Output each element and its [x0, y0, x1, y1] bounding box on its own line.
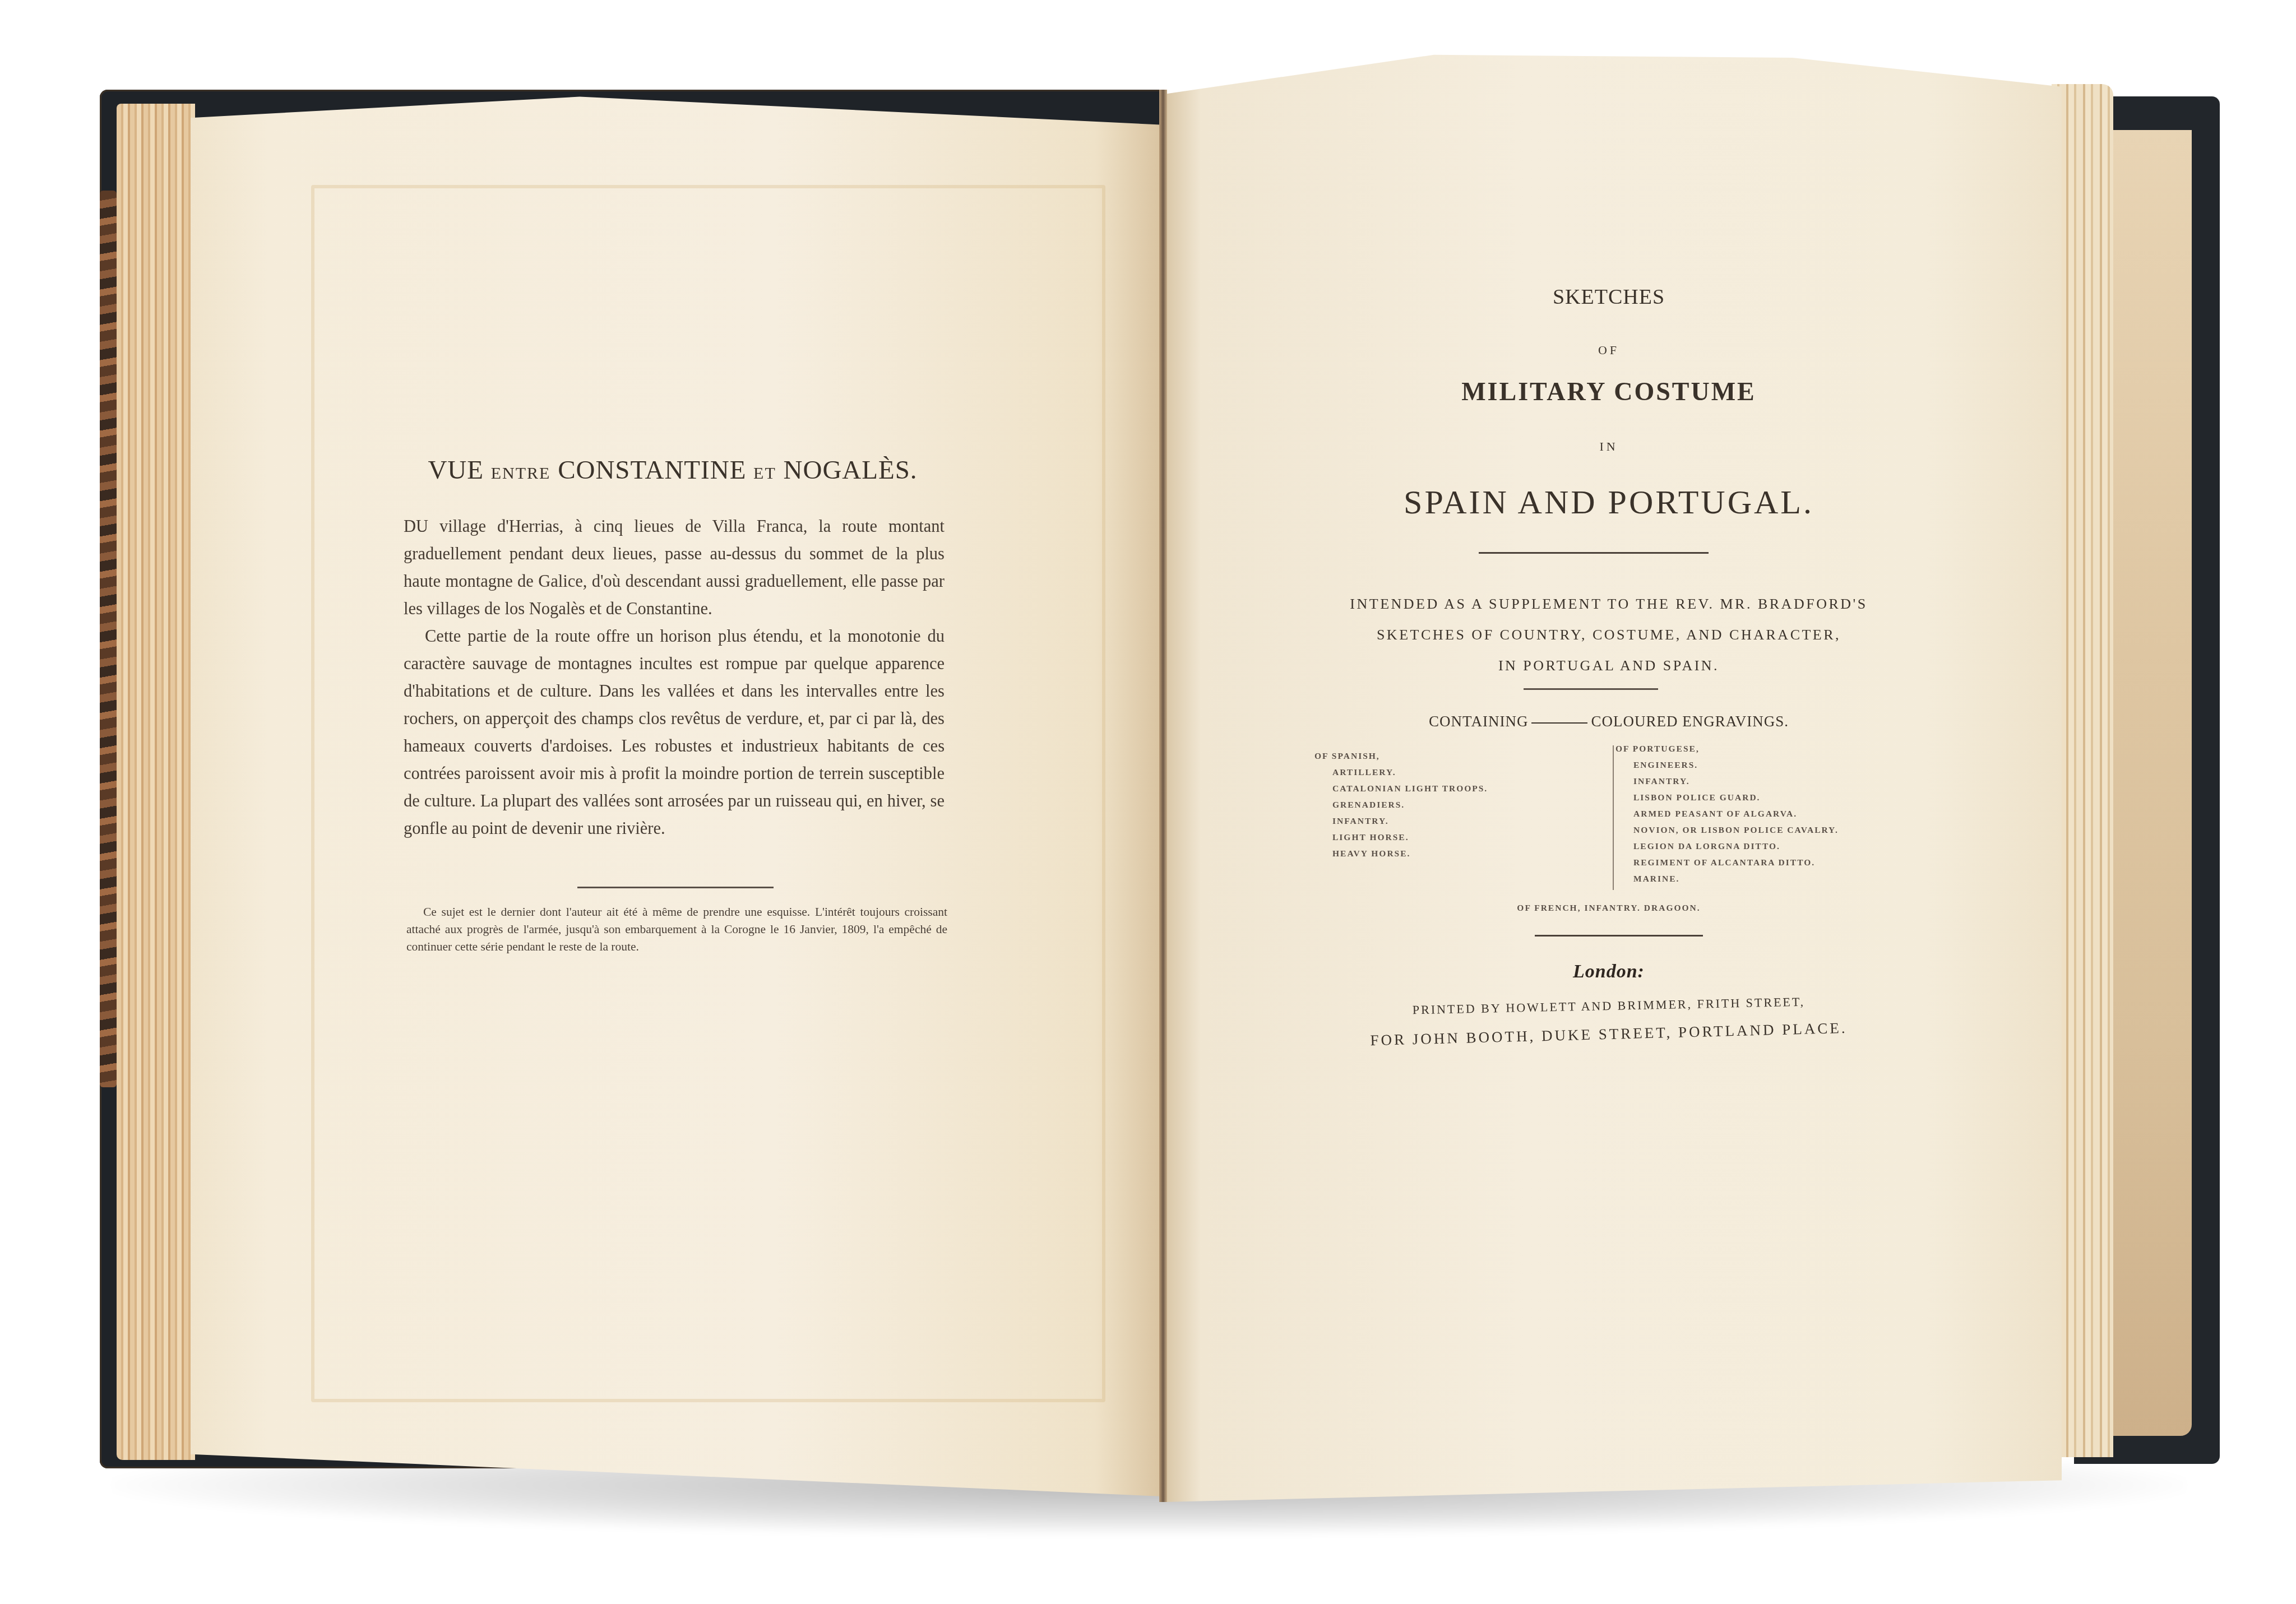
title-smallcaps: ET [753, 464, 776, 483]
list-item: REGIMENT OF ALCANTARA DITTO. [1633, 855, 1839, 871]
list-heading: OF PORTUGESE, [1615, 741, 1839, 757]
subtitle-rule [1524, 688, 1658, 690]
list-divider [1613, 745, 1614, 890]
title-sketches: SKETCHES [1188, 285, 2029, 309]
em-dash [1531, 722, 1587, 724]
list-heading: OF SPANISH, [1314, 748, 1488, 764]
list-item: HEAVY HORSE. [1332, 846, 1488, 862]
imprint-city: London: [1188, 961, 2029, 982]
endpaper-right [2108, 130, 2192, 1436]
list-item: MARINE. [1633, 871, 1839, 887]
imprint-rule [1535, 935, 1703, 937]
left-page-title: VUE ENTRE CONSTANTINE ET NOGALÈS. [392, 455, 953, 485]
title-word: CONSTANTINE [558, 456, 746, 485]
list-item: INFANTRY. [1332, 813, 1488, 829]
list-item: ARMED PEASANT OF ALGARVA. [1633, 806, 1839, 822]
book-gutter [1159, 90, 1167, 1502]
subtitle-line: IN PORTUGAL AND SPAIN. [1188, 650, 2029, 681]
list-item: GRENADIERS. [1332, 797, 1488, 813]
containing-line: CONTAININGCOLOURED ENGRAVINGS. [1188, 713, 2029, 730]
title-rule [1479, 552, 1709, 554]
french-line: OF FRENCH, INFANTRY. DRAGOON. [1188, 903, 2029, 914]
marbled-board-left [100, 191, 117, 1087]
title-word: NOGALÈS. [784, 456, 918, 485]
list-item: ARTILLERY. [1332, 764, 1488, 781]
portuguese-list: OF PORTUGESE, ENGINEERS. INFANTRY. LISBO… [1615, 741, 1839, 887]
list-item: ENGINEERS. [1633, 757, 1839, 773]
left-page-body: DU village d'Herrias, à cinq lieues de V… [404, 513, 945, 842]
list-item: LIGHT HORSE. [1332, 829, 1488, 846]
paragraph: Cette partie de la route offre un horiso… [404, 623, 945, 842]
title-smallcaps: ENTRE [491, 464, 551, 483]
subtitle: INTENDED AS A SUPPLEMENT TO THE REV. MR.… [1188, 588, 2029, 681]
list-item: CATALONIAN LIGHT TROOPS. [1332, 781, 1488, 797]
engravings-label: COLOURED ENGRAVINGS. [1591, 713, 1789, 730]
title-of: OF [1188, 343, 2029, 358]
footnote: Ce sujet est le dernier dont l'auteur ai… [406, 903, 947, 956]
title-spain-portugal: SPAIN AND PORTUGAL. [1188, 483, 2029, 522]
footnote-text: Ce sujet est le dernier dont l'auteur ai… [406, 903, 947, 956]
spanish-list: OF SPANISH, ARTILLERY. CATALONIAN LIGHT … [1314, 748, 1488, 862]
page-edges-left [117, 104, 195, 1460]
subtitle-line: SKETCHES OF COUNTRY, COSTUME, AND CHARAC… [1188, 619, 2029, 650]
list-item: NOVION, OR LISBON POLICE CAVALRY. [1633, 822, 1839, 838]
title-in: IN [1188, 439, 2029, 454]
title-word: VUE [428, 456, 484, 485]
paragraph: DU village d'Herrias, à cinq lieues de V… [404, 513, 945, 623]
containing-label: CONTAINING [1429, 713, 1528, 730]
list-item: LISBON POLICE GUARD. [1633, 790, 1839, 806]
list-item: INFANTRY. [1633, 773, 1839, 790]
list-item: LEGION DA LORGNA DITTO. [1633, 838, 1839, 855]
section-rule [577, 887, 774, 888]
title-military-costume: MILITARY COSTUME [1188, 377, 2029, 406]
subtitle-line: INTENDED AS A SUPPLEMENT TO THE REV. MR.… [1188, 588, 2029, 619]
